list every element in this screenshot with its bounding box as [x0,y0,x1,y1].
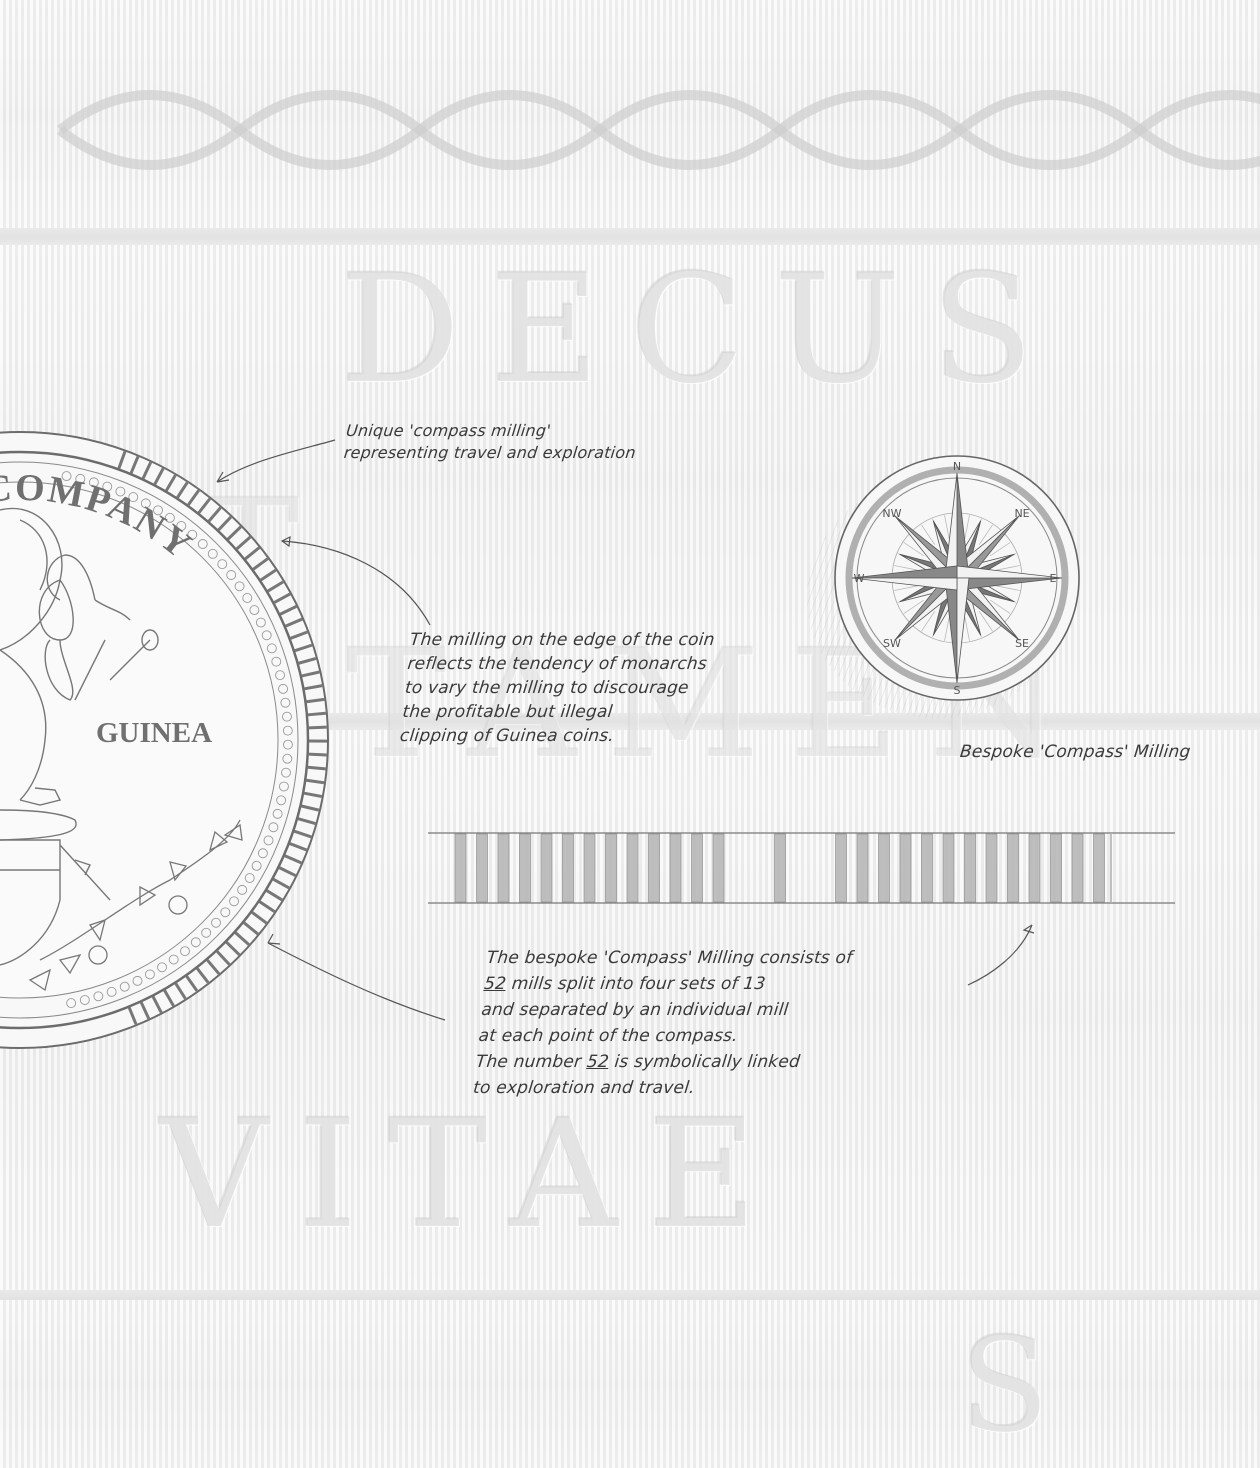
note-unique-milling: Unique 'compass milling' representing tr… [343,420,639,464]
note-line: The milling on the edge of the coin [409,628,716,652]
note-line: 52 mills split into four sets of 13 [483,971,851,997]
svg-text:SE: SE [1015,637,1029,650]
note-text: is symbolically linked [608,1052,801,1072]
compass-rose: NESWNESESWNW [807,456,1079,718]
note-line: clipping of Guinea coins. [399,724,706,748]
svg-text:SW: SW [883,637,901,650]
note-text: The number [475,1052,588,1072]
note-line: and separated by an individual mill [480,997,848,1023]
svg-text:N: N [953,460,961,473]
svg-text:E: E [1050,572,1057,585]
note-line: reflects the tendency of monarchs [406,652,713,676]
note-bespoke-explanation: The bespoke 'Compass' Milling consists o… [472,945,854,1101]
note-milling-history: The milling on the edge of the coin refl… [399,628,716,748]
note-line: representing travel and exploration [343,442,637,464]
note-line: at each point of the compass. [477,1023,845,1049]
guinea-coin: IA COMPANY GUINEA [0,432,328,1048]
note-line: The number 52 is symbolically linked [475,1049,843,1075]
note-line: to vary the milling to discourage [404,676,711,700]
milling-pattern-strip [428,833,1175,903]
highlight-number: 52 [586,1052,610,1072]
svg-text:NE: NE [1014,507,1029,520]
compass-caption: Bespoke 'Compass' Milling [959,740,1192,764]
note-line: Unique 'compass milling' [345,420,639,442]
note-text: mills split into four sets of 13 [505,974,766,994]
svg-text:NW: NW [882,507,901,520]
svg-text:S: S [954,684,961,697]
svg-text:W: W [854,572,865,585]
note-line: the profitable but illegal [401,700,708,724]
coin-denomination: GUINEA [96,717,212,749]
highlight-number: 52 [483,974,507,994]
note-line: The bespoke 'Compass' Milling consists o… [485,945,853,971]
note-line: to exploration and travel. [472,1075,840,1101]
